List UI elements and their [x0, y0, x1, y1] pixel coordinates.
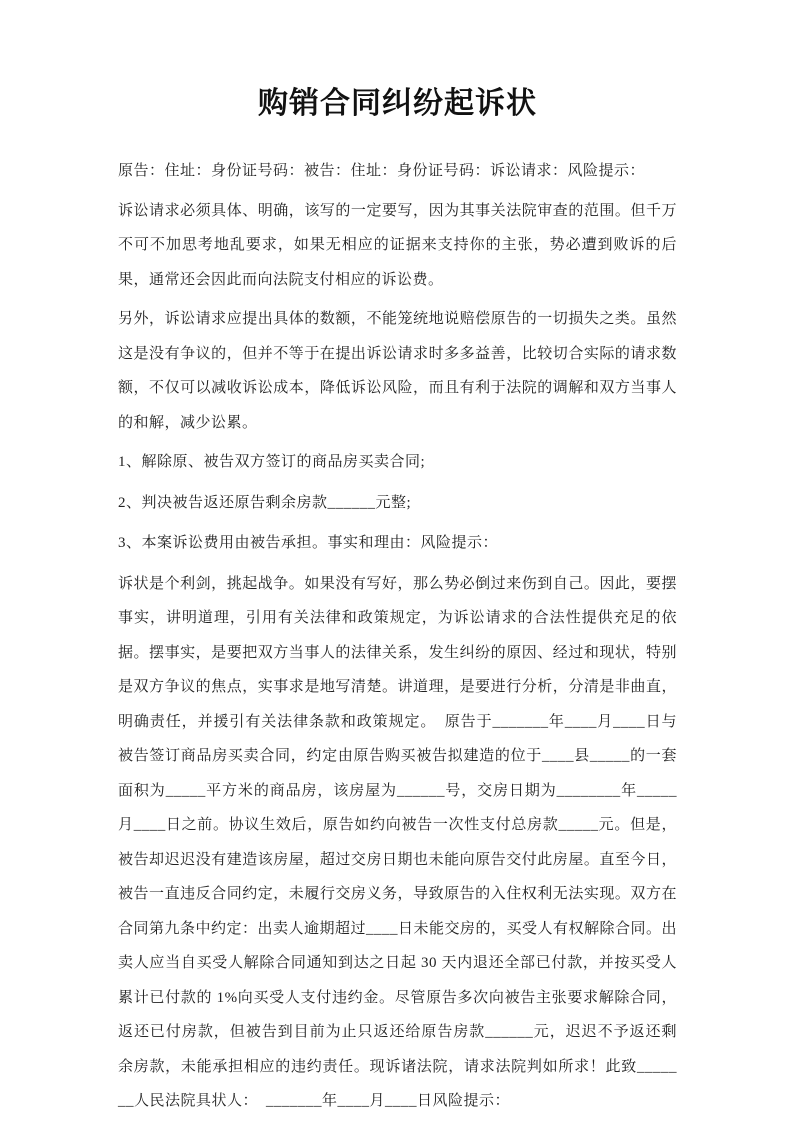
document-page: 购销合同纠纷起诉状 原告：住址：身份证号码：被告：住址：身份证号码：诉讼请求：风… — [0, 0, 793, 1122]
document-title: 购销合同纠纷起诉状 — [118, 82, 677, 126]
paragraph-amount-guidance: 另外，诉讼请求应提出具体的数额，不能笼统地说赔偿原告的一切损失之类。虽然这是没有… — [118, 302, 677, 440]
claim-item-3: 3、本案诉讼费用由被告承担。事实和理由：风险提示： — [118, 526, 677, 561]
paragraph-party-info: 原告：住址：身份证号码：被告：住址：身份证号码：诉讼请求：风险提示： — [118, 154, 677, 189]
claim-item-2: 2、判决被告返还原告剩余房款______元整; — [118, 486, 677, 521]
paragraph-claim-guidance: 诉讼请求必须具体、明确，该写的一定要写，因为其事关法院审查的范围。但千万不可不加… — [118, 194, 677, 298]
claim-item-1: 1、解除原、被告双方签订的商品房买卖合同; — [118, 445, 677, 480]
paragraph-facts-and-reasons: 诉状是个利剑，挑起战争。如果没有写好，那么势必倒过来伤到自己。因此，要摆事实，讲… — [118, 567, 677, 1119]
